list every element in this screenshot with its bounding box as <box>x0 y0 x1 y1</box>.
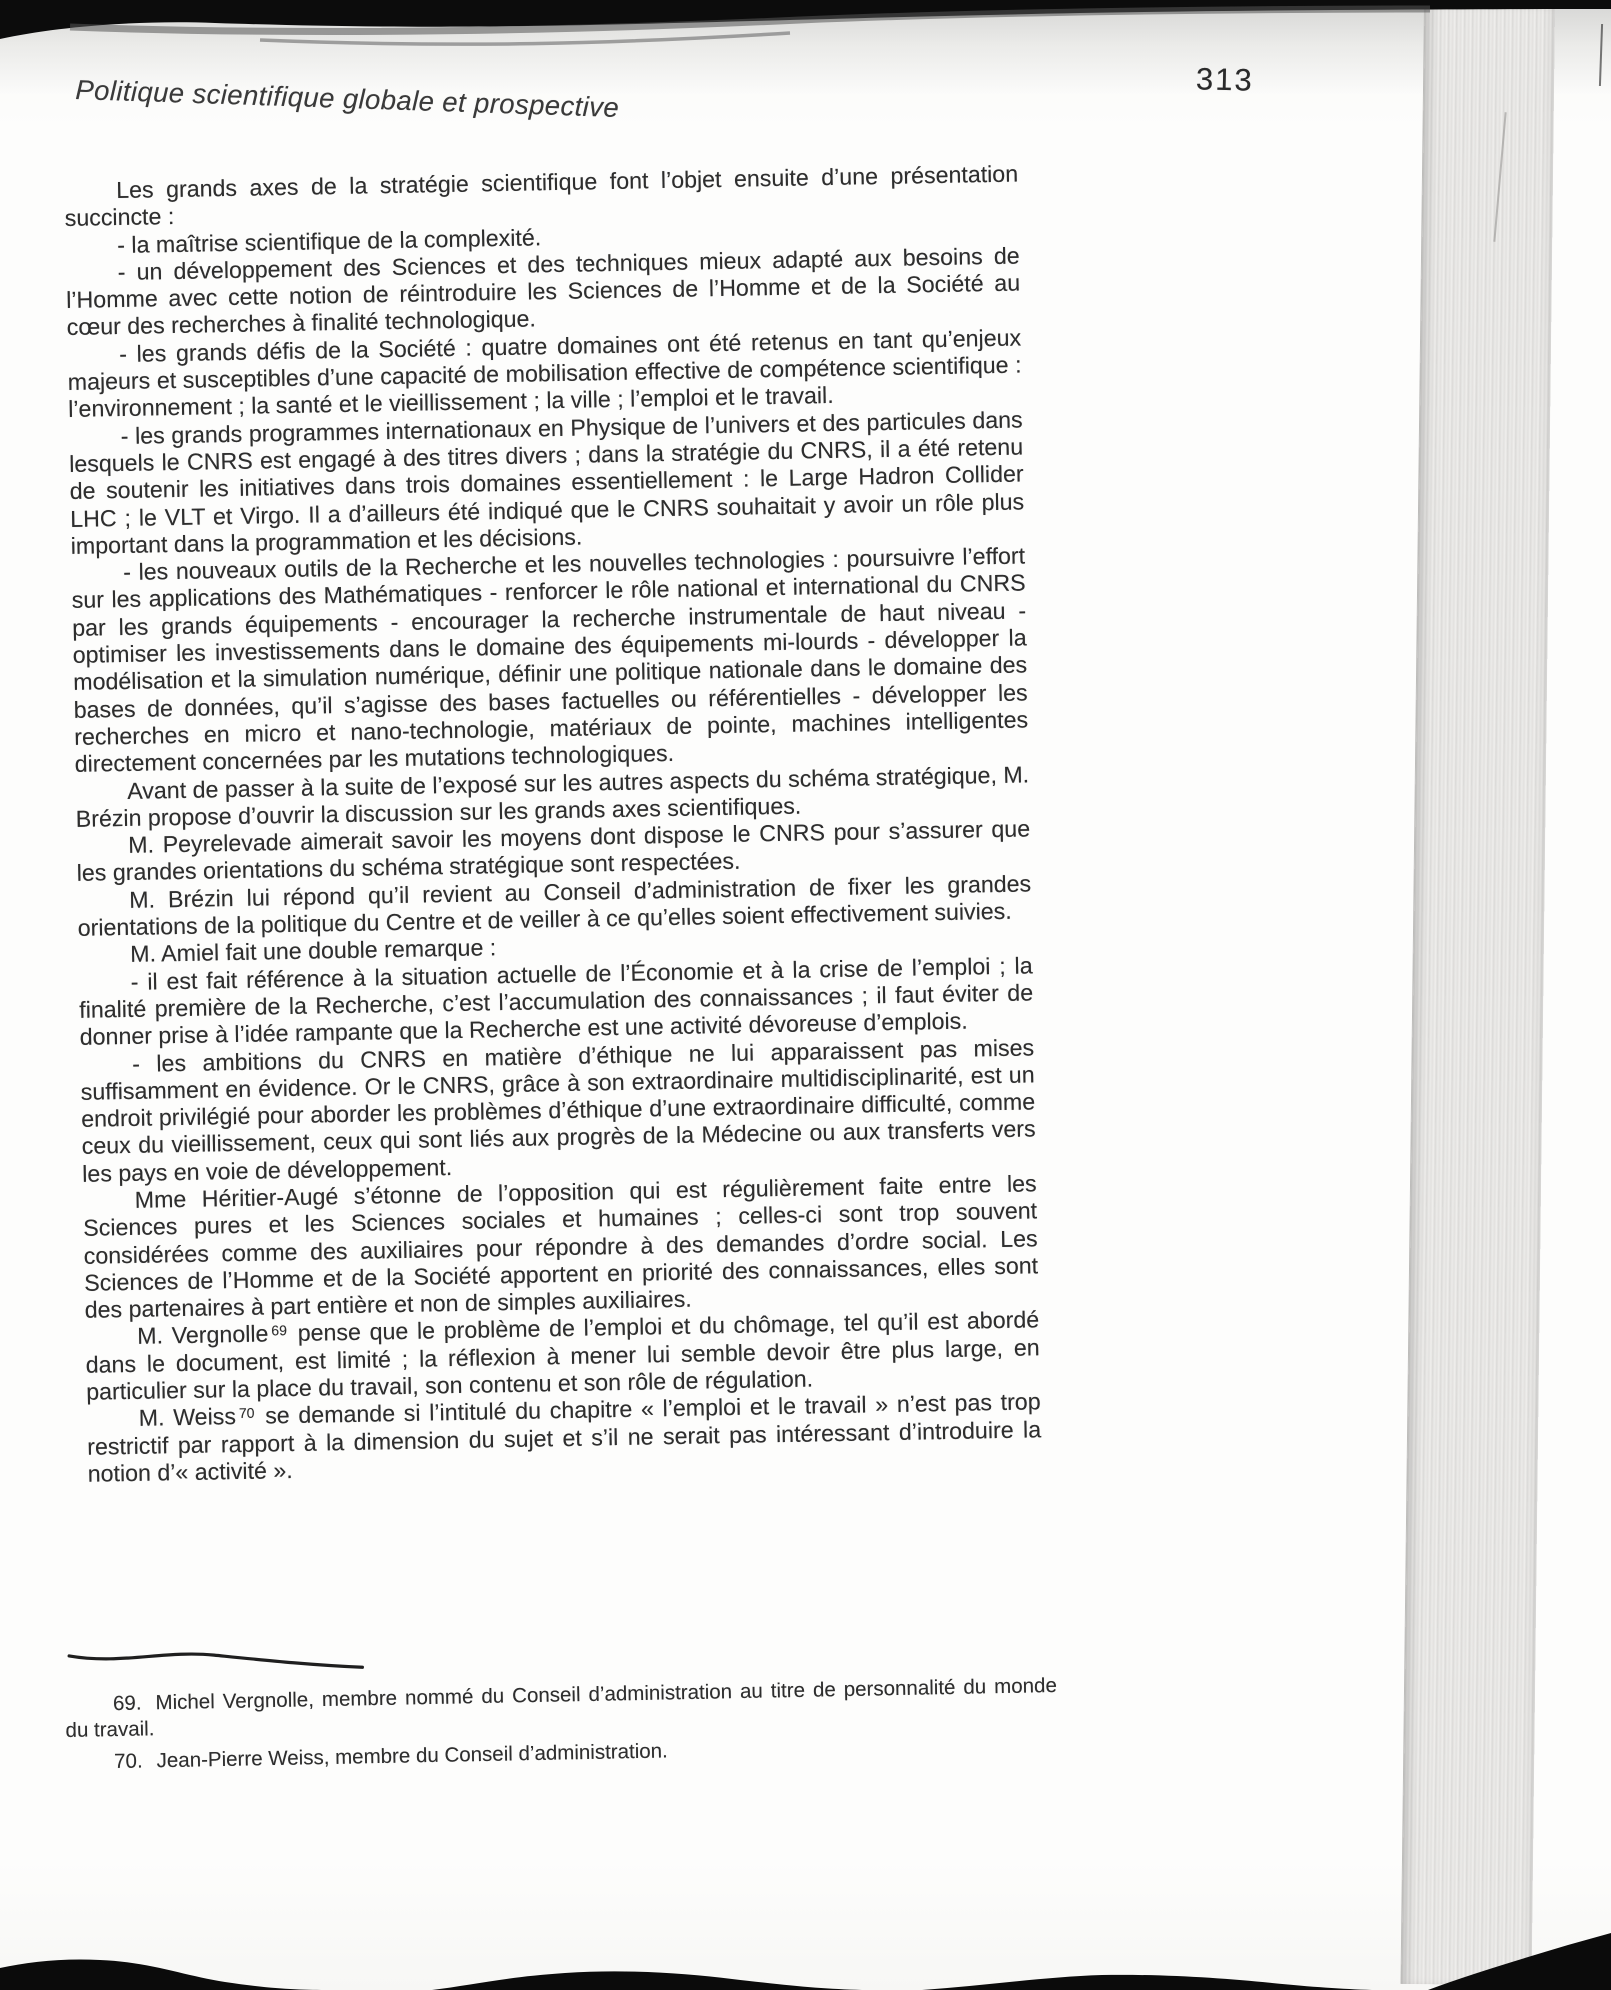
paragraph: M. Weiss70 se demande si l’intitulé du c… <box>87 1389 1042 1488</box>
paragraph: - les nouveaux outils de la Recherche et… <box>71 543 1029 779</box>
text-run: M. Vergnolle <box>137 1321 269 1349</box>
footnote-separator <box>66 1644 366 1678</box>
scan-bottom-edge <box>0 1916 1611 1990</box>
paragraph: - les ambitions du CNRS en matière d’éth… <box>80 1034 1036 1188</box>
footnote-text: Jean-Pierre Weiss, membre du Conseil d’a… <box>156 1739 668 1772</box>
scan-top-edge <box>0 0 1611 60</box>
footnote-ref: 70 <box>239 1405 255 1421</box>
footnotes-section: 69.Michel Vergnolle, membre nommé du Con… <box>64 1631 1058 1783</box>
paragraph: Mme Héritier-Augé s’étonne de l’oppositi… <box>83 1170 1039 1324</box>
body-text: Les grands axes de la stratégie scientif… <box>64 161 1042 1489</box>
paragraph: - les grands programmes internationaux e… <box>69 406 1025 560</box>
footnote-text: Michel Vergnolle, membre nommé du Consei… <box>65 1674 1057 1742</box>
footnotes-list: 69.Michel Vergnolle, membre nommé du Con… <box>65 1673 1058 1776</box>
scanned-book-page: Politique scientifique globale et prospe… <box>0 0 1611 1990</box>
text-run: M. Weiss <box>139 1403 237 1431</box>
footnote: 69.Michel Vergnolle, membre nommé du Con… <box>65 1673 1058 1743</box>
footnote-ref: 69 <box>271 1323 287 1339</box>
page-number: 313 <box>1196 61 1254 98</box>
footnote-number: 69. <box>113 1692 142 1716</box>
book-fore-edge-pages <box>1401 6 1555 1985</box>
footnote-number: 70. <box>114 1750 143 1774</box>
